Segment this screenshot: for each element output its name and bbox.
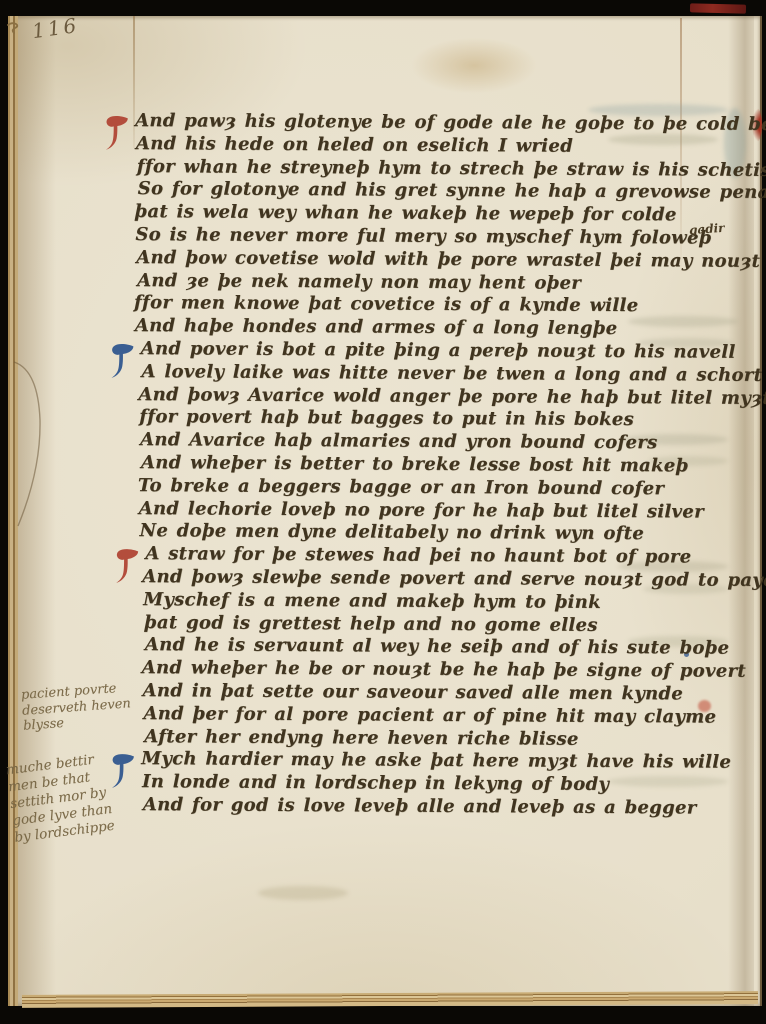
text-line-content: In londe and in lordschep in lekyng of b… [142,771,609,795]
text-line-content: þat god is grettest help and no gome ell… [144,612,598,636]
text-line-content: And þowȝ Avarice wold anger þe pore he h… [138,384,766,409]
photo-background: 116 And pawȝ his glotenye be of gode ale… [0,0,766,1024]
text-line: And for god is love leveþ alle and leveþ… [143,794,766,821]
text-line-content: And wheþer is better to breke lesse bost… [141,452,689,476]
text-line-content: Mych hardier may he aske þat here myȝt h… [141,748,731,773]
text-line-content: A straw for þe stewes had þei no haunt b… [145,543,691,567]
text-line-content: After her endyng here heven riche blisse [144,726,578,750]
text-line-content: þat is wela wey whan he wakeþ he wepeþ f… [134,201,676,225]
stain [258,886,348,900]
text-line-content: ffor whan he streyneþ hym to strech þe s… [137,156,766,181]
text-line-content: A lovely laike was hitte never be twen a… [142,361,763,386]
text-line-content: ffor men knowe þat covetice is of a kynd… [134,292,639,316]
paraph-mark-icon [111,749,135,793]
text-line-content: So for glotonye and his gret synne he ha… [138,178,766,203]
text-line-content: And þow covetise wold with þe pore wrast… [136,247,766,272]
text-line-content: Myschef is a mene and makeþ hym to þink [143,589,601,613]
text-line-content: And ȝe þe nek namely non may hent oþer [137,270,581,294]
text-line-content: And his hede on heled on eselich I wried [136,133,573,157]
text-line-content: And for god is love leveþ alle and leveþ… [143,794,697,818]
text-line-content: And pover is bot a pite þing a pereþ nou… [141,338,736,363]
paraph-mark-icon [110,339,134,383]
parchment-flaw-outline [10,360,44,534]
margin-note-1: pacient povrtedeserveth hevenblysse [21,680,133,734]
binding-cloth-sliver [690,3,746,13]
paraph-mark-icon [115,544,139,588]
folio-number: 116 [31,13,81,43]
page-edge-stack [22,991,758,1008]
text-line-content: ffor povert haþ but bagges to put in his… [139,406,634,430]
margin-note-2: muche bettirmen be thatsettith mor bygod… [5,750,115,847]
text-line-content: And þer for al pore pacient ar of pine h… [143,703,716,727]
manuscript-page: 116 And pawȝ his glotenye be of gode ale… [8,16,762,1006]
quire-mark-icon [6,20,20,39]
text-line-content: And lechorie loveþ no pore for he haþ bu… [139,498,704,522]
paraph-mark-icon [105,111,129,155]
margin-gloss: gadir [689,221,725,237]
text-line-content: Ne doþe men dyne delitabely no drink wyn… [140,520,645,544]
text-line-content: And wheþer he be or nouȝt be he haþ þe s… [142,657,746,682]
text-line-content: And pawȝ his glotenye be of gode ale he … [135,110,766,135]
text-line-content: And he is servaunt al wey he seiþ and of… [145,634,730,659]
text-line-content: And Avarice haþ almaries and yron bound … [140,429,657,453]
text-line-content: To breke a beggers bagge or an Iron boun… [138,475,664,499]
main-text-block: And pawȝ his glotenye be of gode ale he … [131,110,766,821]
text-line-content: And þowȝ slewþe sende povert and serve n… [142,566,766,591]
text-line-content: So is he never more ful mery so myschef … [135,224,711,249]
text-line-content: And in þat sette our saveour saved alle … [143,680,684,704]
text-line-content: And haþe hondes and armes of a long leng… [135,315,618,339]
